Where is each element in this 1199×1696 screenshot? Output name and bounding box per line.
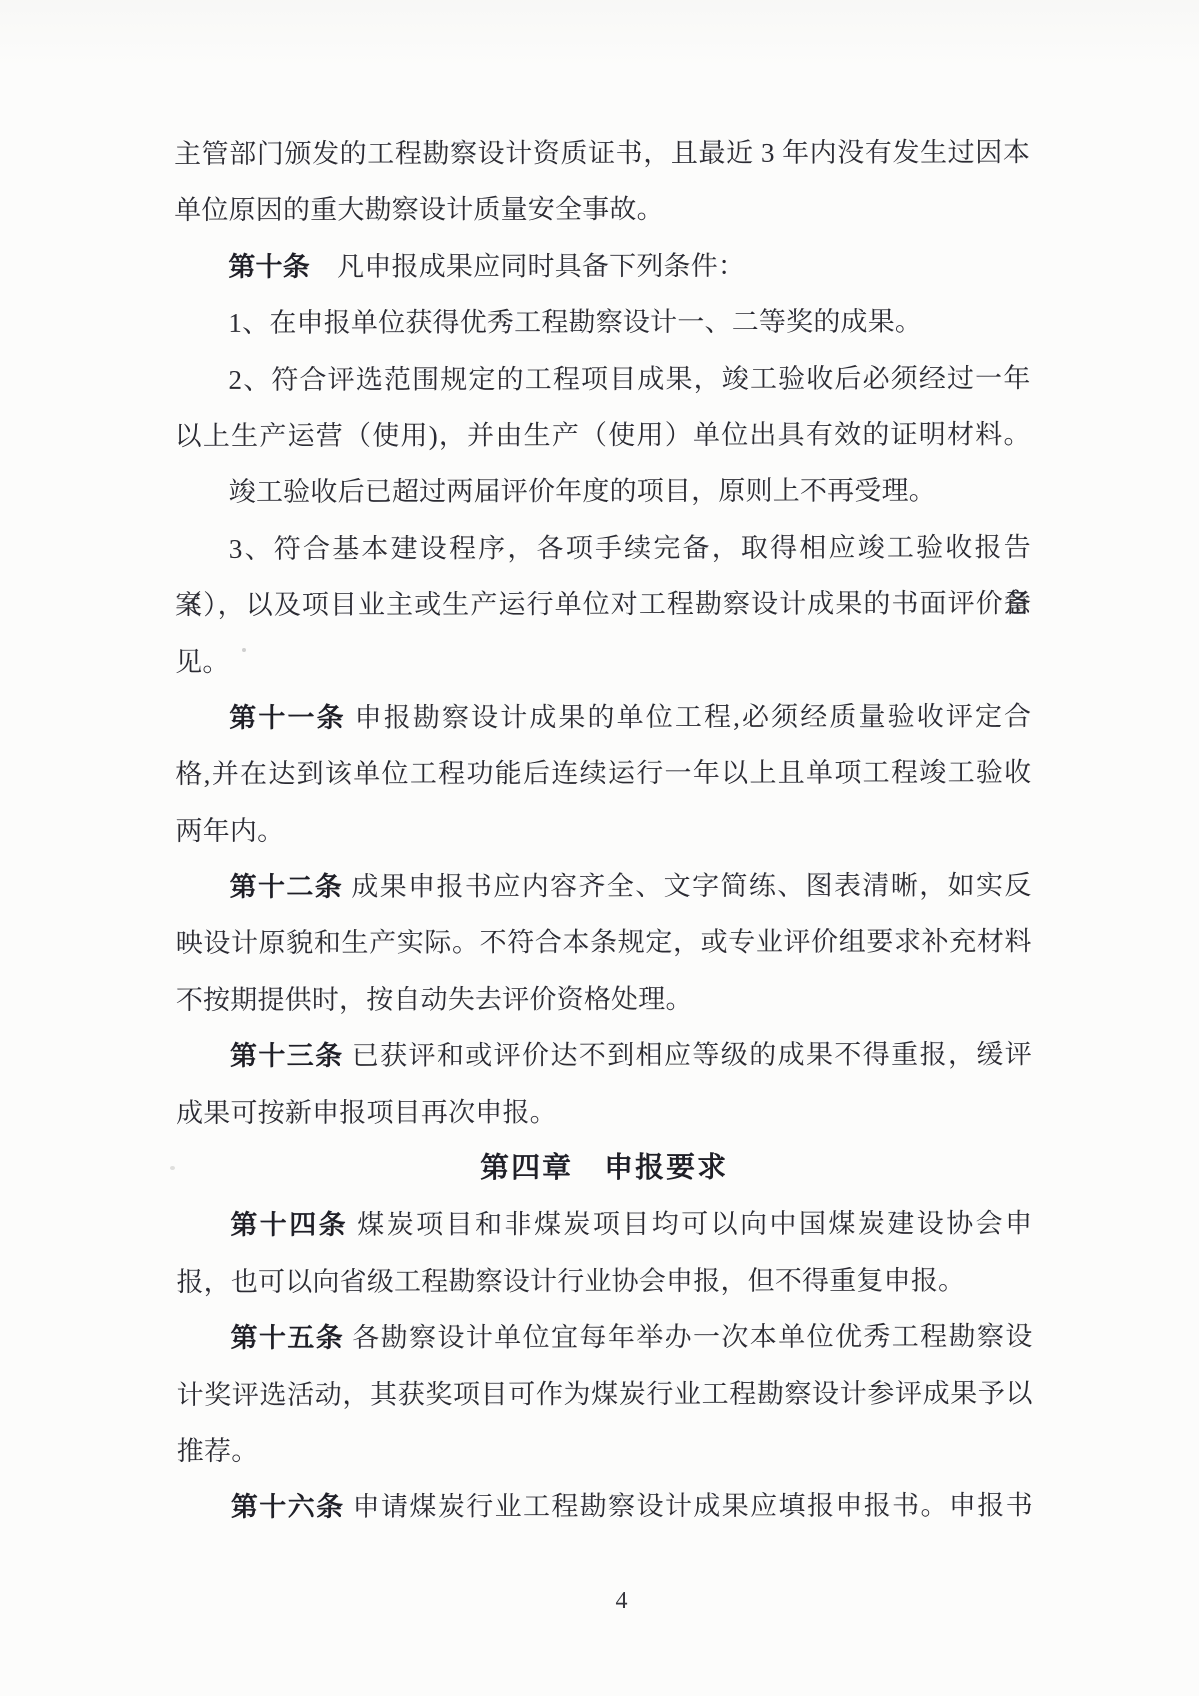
text-line: 格,并在达到该单位工程功能后连续运行一年以上且单项工程竣工验收 <box>175 745 1031 803</box>
text-line: 成果可按新申报项目再次申报。 <box>176 1083 1032 1141</box>
line-text: 主管部门颁发的工程勘察设计资质证书，且最近 3 年内没有发生过因本 <box>174 137 1030 169</box>
line-text: 成果申报书应内容齐全、文字简练、图表清晰，如实反 <box>343 870 1031 901</box>
text-line: 第十二条 成果申报书应内容齐全、文字简练、图表清晰，如实反 <box>176 857 1032 915</box>
text-line: 3、符合基本建设程序，各项手续完备，取得相应竣工验收报告（备 <box>175 519 1031 577</box>
line-text: 各勘察设计单位宜每年举办一次本单位优秀工程勘察设 <box>344 1321 1032 1352</box>
scanned-document-page: 主管部门颁发的工程勘察设计资质证书，且最近 3 年内没有发生过因本单位原因的重大… <box>0 0 1199 1696</box>
text-line: 报，也可以向省级工程勘察设计行业协会申报，但不得重复申报。 <box>176 1252 1032 1310</box>
text-line: 以上生产运营（使用)，并由生产（使用）单位出具有效的证明材料。 <box>175 406 1031 464</box>
text-line: 不按期提供时，按自动失去评价资格处理。 <box>176 970 1032 1028</box>
text-line: 两年内。 <box>175 801 1031 859</box>
text-line: 第十一条 申报勘察设计成果的单位工程,必须经质量验收评定合 <box>175 688 1031 746</box>
line-text: 见。 <box>175 646 229 676</box>
text-line: 第十三条 已获评和或评价达不到相应等级的成果不得重报，缓评 <box>176 1026 1032 1084</box>
scan-speck <box>242 648 246 652</box>
article-number: 第十三条 <box>230 1041 344 1071</box>
text-line: 第十五条 各勘察设计单位宜每年举办一次本单位优秀工程勘察设 <box>176 1308 1032 1366</box>
document-text-block: 主管部门颁发的工程勘察设计资质证书，且最近 3 年内没有发生过因本单位原因的重大… <box>174 124 1033 1536</box>
article-number: 第十条 <box>228 251 310 281</box>
article-number: 第十六条 <box>231 1492 345 1522</box>
line-text: 1、在申报单位获得优秀工程勘察设计一、二等奖的成果。 <box>228 307 922 338</box>
text-line: 第十四条 煤炭项目和非煤炭项目均可以向中国煤炭建设协会申 <box>176 1196 1032 1254</box>
line-text: 推荐。 <box>177 1436 259 1466</box>
text-line: 案），以及项目业主或生产运行单位对工程勘察设计成果的书面评价意 <box>175 575 1031 633</box>
text-line: 1、在申报单位获得优秀工程勘察设计一、二等奖的成果。 <box>174 293 1030 351</box>
line-text: 单位原因的重大勘察设计质量安全事故。 <box>174 194 664 225</box>
line-text: 申报勘察设计成果的单位工程,必须经质量验收评定合 <box>346 701 1032 732</box>
line-text: 不按期提供时，按自动失去评价资格处理。 <box>176 984 693 1015</box>
text-line: 单位原因的重大勘察设计质量安全事故。 <box>174 181 1030 239</box>
text-line: 第十六条 申请煤炭行业工程勘察设计成果应填报申报书。申报书 <box>177 1478 1033 1536</box>
chapter-heading: 第四章 申报要求 <box>176 1139 1032 1197</box>
page-number: 4 <box>0 1586 1199 1616</box>
text-line: 见。 <box>175 632 1031 690</box>
text-line: 主管部门颁发的工程勘察设计资质证书，且最近 3 年内没有发生过因本 <box>174 124 1030 182</box>
line-text: 两年内。 <box>175 815 284 845</box>
article-number: 第十四条 <box>230 1210 348 1240</box>
scan-speck <box>170 1166 175 1170</box>
line-text: 煤炭项目和非煤炭项目均可以向中国煤炭建设协会申 <box>348 1209 1032 1240</box>
line-text: 以上生产运营（使用)，并由生产（使用）单位出具有效的证明材料。 <box>175 419 1031 451</box>
text-line: 竣工验收后已超过两届评价年度的项目，原则上不再受理。 <box>175 463 1031 521</box>
line-text: 映设计原貌和生产实际。不符合本条规定，或专业评价组要求补充材料 <box>176 927 1032 959</box>
line-text: 申请煤炭行业工程勘察设计成果应填报申报书。申报书 <box>344 1491 1032 1522</box>
text-line: 推荐。 <box>177 1421 1033 1479</box>
line-text: 案），以及项目业主或生产运行单位对工程勘察设计成果的书面评价意 <box>175 588 1031 620</box>
line-text: 成果可按新申报项目再次申报。 <box>176 1097 557 1128</box>
article-number: 第十二条 <box>230 872 344 902</box>
text-line: 第十条 凡申报成果应同时具备下列条件： <box>174 237 1030 295</box>
line-text: 2、符合评选范围规定的工程项目成果，竣工验收后必须经过一年 <box>228 363 1030 395</box>
text-line: 计奖评选活动，其获奖项目可作为煤炭行业工程勘察设计参评成果予以 <box>177 1365 1033 1423</box>
text-line: 映设计原貌和生产实际。不符合本条规定，或专业评价组要求补充材料 <box>176 914 1032 972</box>
line-text: 已获评和或评价达不到相应等级的成果不得重报，缓评 <box>343 1039 1031 1070</box>
line-text: 竣工验收后已超过两届评价年度的项目，原则上不再受理。 <box>229 476 936 507</box>
text-line: 2、符合评选范围规定的工程项目成果，竣工验收后必须经过一年 <box>174 350 1030 408</box>
line-text: 报，也可以向省级工程勘察设计行业协会申报，但不得重复申报。 <box>176 1265 965 1297</box>
article-number: 第十五条 <box>231 1323 345 1353</box>
line-text: 格,并在达到该单位工程功能后连续运行一年以上且单项工程竣工验收 <box>175 758 1031 790</box>
line-text: 计奖评选活动，其获奖项目可作为煤炭行业工程勘察设计参评成果予以 <box>177 1378 1033 1410</box>
article-number: 第十一条 <box>229 703 346 733</box>
line-text: 凡申报成果应同时具备下列条件： <box>310 251 745 282</box>
